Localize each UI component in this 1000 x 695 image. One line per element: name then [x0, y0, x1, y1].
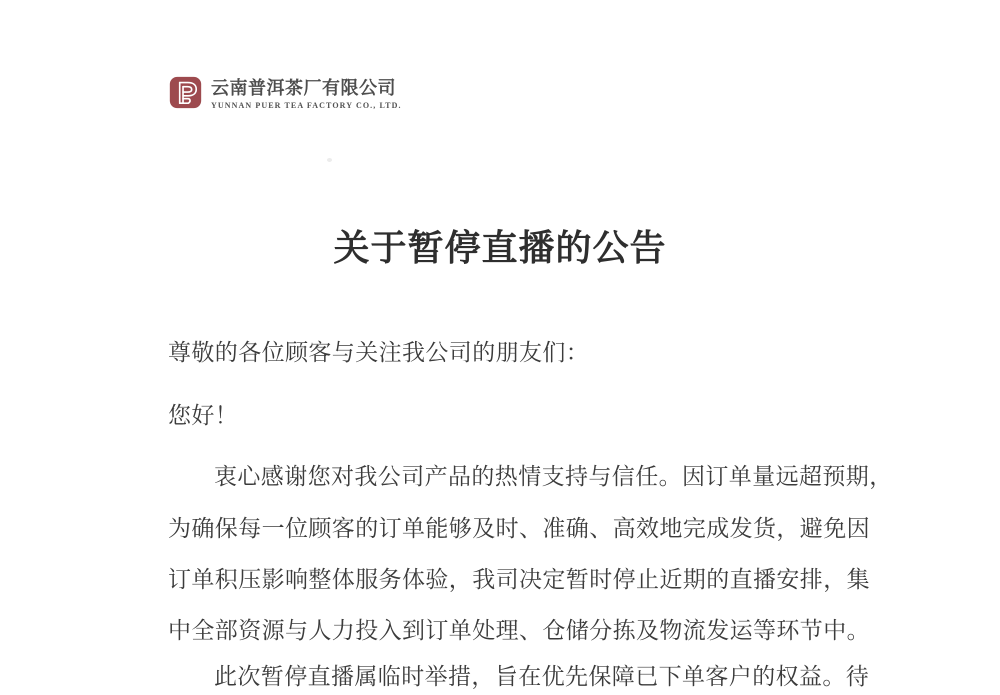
letterhead: 云南普洱茶厂有限公司 YUNNAN PUER TEA FACTORY CO., …: [169, 76, 402, 110]
greeting-line: 您好！: [168, 401, 863, 430]
scanned-announcement-page: { "page": { "background": "#ffffff", "bo…: [0, 0, 1000, 695]
scan-artifact: [327, 158, 332, 162]
company-name-block: 云南普洱茶厂有限公司 YUNNAN PUER TEA FACTORY CO., …: [211, 79, 402, 110]
company-name-cn: 云南普洱茶厂有限公司: [211, 79, 402, 98]
body-text-line: 为确保每一位顾客的订单能够及时、准确、高效地完成发货，避免因: [168, 514, 863, 543]
salutation-line: 尊敬的各位顾客与关注我公司的朋友们：: [168, 338, 863, 367]
company-name-en: YUNNAN PUER TEA FACTORY CO., LTD.: [211, 101, 402, 110]
body-text-line: 衷心感谢您对我公司产品的热情支持与信任。因订单量远超预期，: [168, 462, 863, 491]
body-text-line: 此次暂停直播属临时举措，旨在优先保障已下单客户的权益。待: [168, 662, 863, 691]
body-text-line: 中全部资源与人力投入到订单处理、仓储分拣及物流发运等环节中。: [168, 616, 863, 645]
body-text-line: 订单积压影响整体服务体验，我司决定暂时停止近期的直播安排，集: [168, 565, 863, 594]
page-title: 关于暂停直播的公告: [0, 220, 1000, 271]
puer-tea-monogram-logo-icon: [169, 76, 202, 109]
